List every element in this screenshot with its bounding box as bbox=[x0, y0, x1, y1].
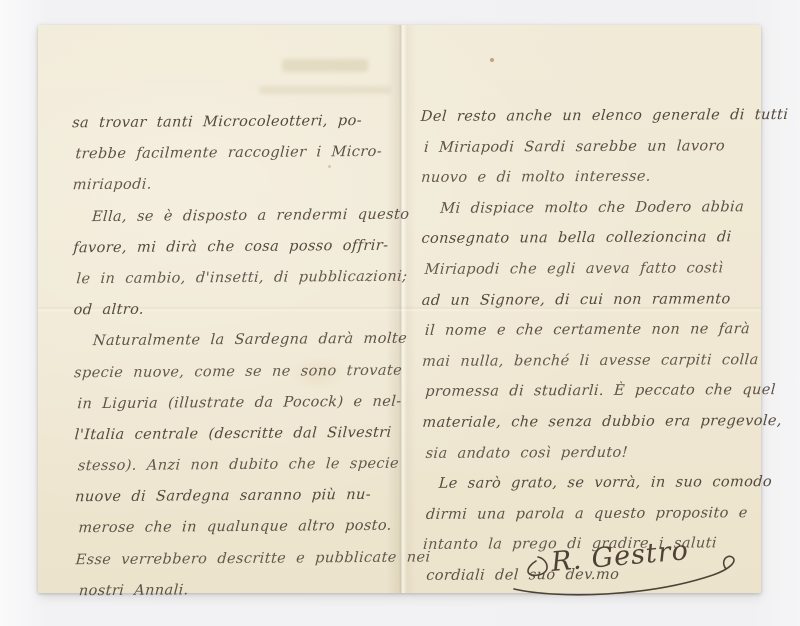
handwritten-line: consegnato una bella collezioncina di bbox=[420, 222, 762, 254]
handwritten-line: merose che in qualunque altro posto. bbox=[77, 511, 396, 545]
handwritten-line: specie nuove, come se ne sono trovate bbox=[73, 355, 395, 389]
scanned-letter-photo: sa trovar tanti Microcoleotteri, po- tre… bbox=[0, 0, 800, 626]
paper-speck bbox=[490, 58, 494, 62]
handwritten-line: Del resto anche un elenco generale di tu… bbox=[420, 100, 762, 132]
letter-page-right: Del resto anche un elenco generale di tu… bbox=[421, 100, 764, 591]
signature-curl bbox=[528, 557, 547, 575]
handwritten-line: nuovo e di molto interesse. bbox=[420, 161, 762, 193]
handwritten-line: od altro. bbox=[73, 293, 395, 327]
handwritten-line: l'Italia centrale (descritte dal Silvest… bbox=[74, 418, 396, 452]
signature-block: R. Gestro bbox=[508, 523, 758, 603]
handwritten-line: Esse verrebbero descritte e pubblicate n… bbox=[75, 542, 397, 576]
handwritten-line: sia andato così perduto! bbox=[425, 437, 764, 469]
handwritten-line: trebbe facilmente raccoglier i Micro- bbox=[74, 137, 393, 171]
handwritten-line: materiale, che senza dubbio era pregevol… bbox=[421, 406, 763, 438]
handwritten-line: Naturalmente la Sardegna darà molte bbox=[76, 324, 395, 358]
showthrough-line-1 bbox=[282, 59, 368, 72]
letter-page-left: sa trovar tanti Microcoleotteri, po- tre… bbox=[72, 106, 396, 607]
letterhead-showthrough bbox=[243, 53, 403, 108]
letter-paper: sa trovar tanti Microcoleotteri, po- tre… bbox=[38, 25, 761, 593]
handwritten-line: Mi dispiace molto che Dodero abbia bbox=[423, 192, 762, 224]
handwritten-line: le in cambio, d'insetti, di pubblicazion… bbox=[75, 262, 394, 296]
signature-flourish: R. Gestro bbox=[508, 523, 758, 603]
handwritten-line: miriapodi. bbox=[72, 168, 394, 202]
handwritten-line: il nome e che certamente non ne farà bbox=[424, 314, 763, 346]
handwritten-line: Miriapodi che egli aveva fatto costì bbox=[424, 253, 763, 285]
handwritten-line: in Liguria (illustrate da Pocock) e nel- bbox=[76, 386, 395, 420]
signature-text: R. Gestro bbox=[549, 535, 690, 578]
handwritten-line: Le sarò grato, se vorrà, in suo comodo bbox=[422, 467, 764, 499]
handwritten-line: sa trovar tanti Microcoleotteri, po- bbox=[71, 106, 393, 140]
handwritten-line: nuove di Sardegna saranno più nu- bbox=[74, 480, 396, 514]
handwritten-line: favore, mi dirà che cosa posso offrir- bbox=[72, 230, 394, 264]
handwritten-line: promessa di studiarli. È peccato che que… bbox=[424, 375, 763, 407]
showthrough-line-2 bbox=[259, 86, 391, 94]
handwritten-line: Ella, se è disposto a rendermi questo bbox=[75, 199, 394, 233]
handwritten-line: i Miriapodi Sardi sarebbe un lavoro bbox=[423, 131, 762, 163]
handwritten-line: stesso). Anzi non dubito che le specie bbox=[77, 449, 396, 483]
handwritten-line: mai nulla, benché li avesse carpiti coll… bbox=[421, 345, 763, 377]
handwritten-line: ad un Signore, di cui non rammento bbox=[421, 284, 763, 316]
handwritten-line: nostri Annali. bbox=[78, 574, 397, 608]
